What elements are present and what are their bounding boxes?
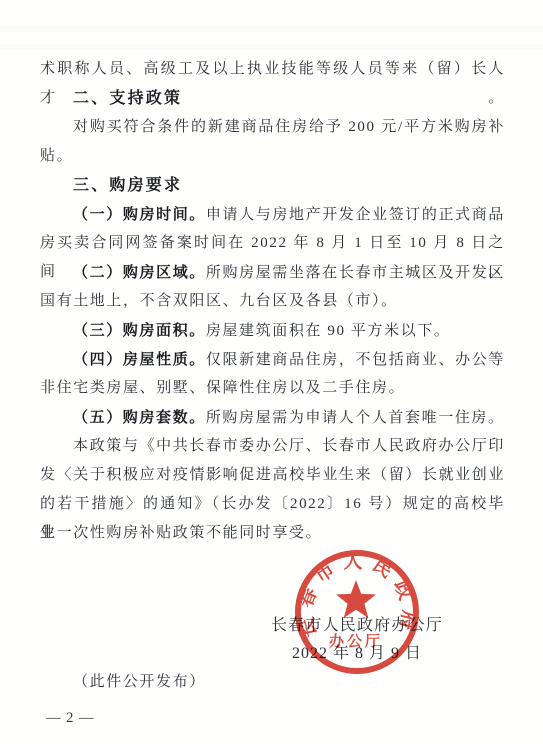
public-release-note: （此件公开发布） [73,668,206,696]
section-heading: 三、购房要求 [40,171,505,200]
document-text: 术职称人员、高级工及以上执业技能等级人员等来（留）长人才。二、支持政策对购买符合… [40,55,505,548]
document-line: 非住宅类房屋、别墅、保障性住房以及二手住房。 [40,374,505,403]
item-label: （四）房屋性质。 [73,351,206,368]
item-label: （五）购房套数。 [73,409,206,426]
page-number: — 2 — [46,706,95,730]
document-line: 生一次性购房补贴政策不能同时享受。 [40,519,505,548]
document-line: （四）房屋性质。仅限新建商品住房，不包括商业、办公等 [40,345,505,374]
item-label: （二）购房区域。 [73,264,206,281]
document-line: （一）购房时间。申请人与房地产开发企业签订的正式商品 [40,200,505,229]
official-seal: 长春市人民政府 办公厅 [282,537,432,687]
seal-bottom-text: 办公厅 [329,633,383,650]
document-line: 本政策与《中共长春市委办公厅、长春市人民政府办公厅印 [40,432,505,461]
document-line: 发〈关于积极应对疫情影响促进高校毕业生来（留）长就业创业 [40,461,505,490]
document-page: 术职称人员、高级工及以上执业技能等级人员等来（留）长人才。二、支持政策对购买符合… [0,0,543,744]
scan-artifact [0,44,543,50]
item-label: （三）购房面积。 [73,322,206,339]
document-line: （五）购房套数。所购房屋需为申请人个人首套唯一住房。 [40,403,505,432]
document-line: 贴。 [40,142,505,171]
document-line: 房买卖合同网签备案时间在 2022 年 8 月 1 日至 10 月 8 日之间。 [40,229,505,258]
document-line: 的若干措施〉的通知》（长办发〔2022〕16 号）规定的高校毕业 [40,490,505,519]
document-line: （三）购房面积。房屋建筑面积在 90 平方米以下。 [40,316,505,345]
seal-star-icon [336,580,376,618]
document-line: （二）购房区域。所购房屋需坐落在长春市主城区及开发区 [40,258,505,287]
document-line: 对购买符合条件的新建商品住房给予 200 元/平方米购房补 [40,113,505,142]
scan-artifact [0,26,543,32]
document-line: 术职称人员、高级工及以上执业技能等级人员等来（留）长人才。 [40,55,505,84]
document-line: 国有土地上，不含双阳区、九台区及各县（市）。 [40,287,505,316]
item-label: （一）购房时间。 [73,206,206,223]
